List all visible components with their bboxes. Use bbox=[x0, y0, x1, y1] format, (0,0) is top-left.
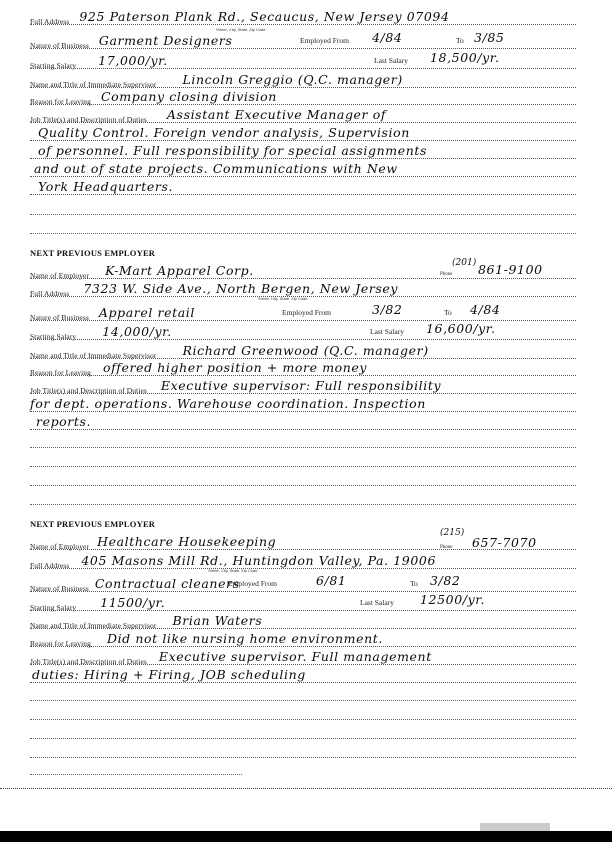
full-address-label: Full Address bbox=[30, 561, 69, 570]
section-heading: NEXT PREVIOUS EMPLOYER bbox=[30, 248, 155, 258]
e3-starting-salary[interactable]: 11500/yr. bbox=[100, 595, 165, 610]
e3-duties-line[interactable]: duties: Hiring + Firing, JOB scheduling bbox=[32, 667, 306, 682]
e3-reason-row: Reason for Leaving Did not like nursing … bbox=[30, 628, 576, 647]
e2-employed-from[interactable]: 3/82 bbox=[372, 302, 402, 317]
e2-duties-line[interactable]: Executive supervisor: Full responsibilit… bbox=[161, 378, 441, 393]
e3-employed-to[interactable]: 3/82 bbox=[430, 573, 460, 588]
e2-duties-row: for dept. operations. Warehouse coordina… bbox=[30, 393, 576, 412]
blank-line bbox=[30, 774, 242, 775]
e1-reason-for-leaving[interactable]: Company closing division bbox=[101, 89, 277, 104]
phone-label: Phone bbox=[440, 272, 453, 277]
e1-duties-line[interactable]: Quality Control. Foreign vendor analysis… bbox=[38, 125, 410, 140]
e2-nature-of-business[interactable]: Apparel retail bbox=[99, 305, 195, 320]
e1-duties-line[interactable]: and out of state projects. Communication… bbox=[34, 161, 398, 176]
blank-line bbox=[30, 214, 576, 215]
e2-supervisor[interactable]: Richard Greenwood (Q.C. manager) bbox=[183, 343, 429, 358]
scan-edge-bar bbox=[0, 831, 612, 842]
e1-duties-row: Job Title(s) and Description of Duties A… bbox=[30, 104, 576, 123]
employed-from-label: Employed From bbox=[228, 579, 277, 588]
e1-reason-row: Reason for Leaving Company closing divis… bbox=[30, 86, 576, 105]
e2-duties-line[interactable]: reports. bbox=[36, 414, 91, 429]
e1-starting-salary[interactable]: 17,000/yr. bbox=[98, 53, 168, 68]
e1-employed-from[interactable]: 4/84 bbox=[372, 30, 402, 45]
e2-duties-line[interactable]: for dept. operations. Warehouse coordina… bbox=[30, 396, 426, 411]
to-label: To bbox=[444, 308, 452, 317]
e2-phone-area-code[interactable]: (201) bbox=[452, 258, 476, 268]
blank-line bbox=[30, 447, 576, 448]
last-salary-label: Last Salary bbox=[374, 56, 408, 65]
blank-line bbox=[30, 719, 576, 720]
e1-full-address-row: Full Address 925 Paterson Plank Rd., Sec… bbox=[30, 6, 576, 25]
e3-address-row: Full Address 405 Masons Mill Rd., Huntin… bbox=[30, 550, 576, 569]
blank-line bbox=[30, 700, 576, 701]
e3-phone-area-code[interactable]: (215) bbox=[440, 528, 464, 538]
e2-starting-salary[interactable]: 14,000/yr. bbox=[102, 324, 172, 339]
employed-from-label: Employed From bbox=[300, 36, 349, 45]
e3-duties-row: duties: Hiring + Firing, JOB scheduling bbox=[30, 664, 576, 683]
e3-employer-name[interactable]: Healthcare Housekeeping bbox=[97, 534, 276, 549]
e3-duties-line[interactable]: Executive supervisor. Full management bbox=[159, 649, 432, 664]
page-separator bbox=[0, 788, 612, 789]
e3-reason-for-leaving[interactable]: Did not like nursing home environment. bbox=[107, 631, 383, 646]
e3-phone[interactable]: 657-7070 bbox=[472, 535, 537, 550]
e2-employed-to[interactable]: 4/84 bbox=[470, 302, 500, 317]
e2-phone[interactable]: 861-9100 bbox=[478, 262, 543, 277]
last-salary-label: Last Salary bbox=[360, 598, 394, 607]
nature-of-business-label: Nature of Business bbox=[30, 41, 89, 50]
e2-last-salary[interactable]: 16,600/yr. bbox=[426, 321, 496, 336]
last-salary-label: Last Salary bbox=[370, 327, 404, 336]
e1-full-address[interactable]: 925 Paterson Plank Rd., Secaucus, New Je… bbox=[79, 9, 449, 24]
e3-business-row: Nature of Business Contractual cleaners bbox=[30, 573, 576, 592]
e3-duties-row: Job Title(s) and Description of Duties E… bbox=[30, 646, 576, 665]
e2-reason-for-leaving[interactable]: offered higher position + more money bbox=[103, 360, 367, 375]
e3-last-salary[interactable]: 12500/yr. bbox=[420, 592, 485, 607]
to-label: To bbox=[456, 36, 464, 45]
full-address-label: Full Address bbox=[30, 17, 69, 26]
employed-from-label: Employed From bbox=[282, 308, 331, 317]
e1-duties-row: of personnel. Full responsibility for sp… bbox=[30, 140, 576, 159]
e2-duties-row: reports. bbox=[30, 411, 576, 430]
e2-duties-row: Job Title(s) and Description of Duties E… bbox=[30, 375, 576, 394]
section-heading: NEXT PREVIOUS EMPLOYER bbox=[30, 519, 155, 529]
blank-line bbox=[30, 757, 576, 758]
e3-full-address[interactable]: 405 Masons Mill Rd., Huntingdon Valley, … bbox=[81, 553, 436, 568]
e3-salary-row: Starting Salary 11500/yr. bbox=[30, 592, 576, 611]
blank-line bbox=[30, 485, 576, 486]
e3-nature-of-business[interactable]: Contractual cleaners bbox=[95, 576, 240, 591]
e1-duties-line[interactable]: of personnel. Full responsibility for sp… bbox=[38, 143, 427, 158]
e2-full-address[interactable]: 7323 W. Side Ave., North Bergen, New Jer… bbox=[83, 281, 398, 296]
e2-reason-row: Reason for Leaving offered higher positi… bbox=[30, 357, 576, 376]
e3-employed-from[interactable]: 6/81 bbox=[316, 573, 346, 588]
e1-duties-line[interactable]: York Headquarters. bbox=[38, 179, 173, 194]
e2-address-row: Full Address 7323 W. Side Ave., North Be… bbox=[30, 278, 576, 297]
e1-duties-line[interactable]: Assistant Executive Manager of bbox=[167, 107, 386, 122]
e1-duties-row: York Headquarters. bbox=[30, 176, 576, 195]
blank-line bbox=[30, 466, 576, 467]
e1-last-salary[interactable]: 18,500/yr. bbox=[430, 50, 500, 65]
blank-line bbox=[30, 233, 576, 234]
scan-noise bbox=[480, 823, 550, 831]
e1-supervisor[interactable]: Lincoln Greggio (Q.C. manager) bbox=[183, 72, 403, 87]
e1-employed-to[interactable]: 3/85 bbox=[474, 30, 504, 45]
e1-duties-row: and out of state projects. Communication… bbox=[30, 158, 576, 177]
blank-line bbox=[30, 504, 576, 505]
e1-duties-row: Quality Control. Foreign vendor analysis… bbox=[30, 122, 576, 141]
e2-employer-name[interactable]: K-Mart Apparel Corp. bbox=[105, 263, 254, 278]
e1-nature-of-business[interactable]: Garment Designers bbox=[99, 33, 233, 48]
e3-supervisor-row: Name and Title of Immediate Supervisor B… bbox=[30, 610, 576, 629]
e3-supervisor[interactable]: Brian Waters bbox=[173, 613, 263, 628]
to-label: To bbox=[410, 579, 418, 588]
e2-address-caption: Street, City, State, Zip Code bbox=[258, 296, 308, 301]
blank-line bbox=[30, 738, 576, 739]
full-address-label: Full Address bbox=[30, 289, 69, 298]
